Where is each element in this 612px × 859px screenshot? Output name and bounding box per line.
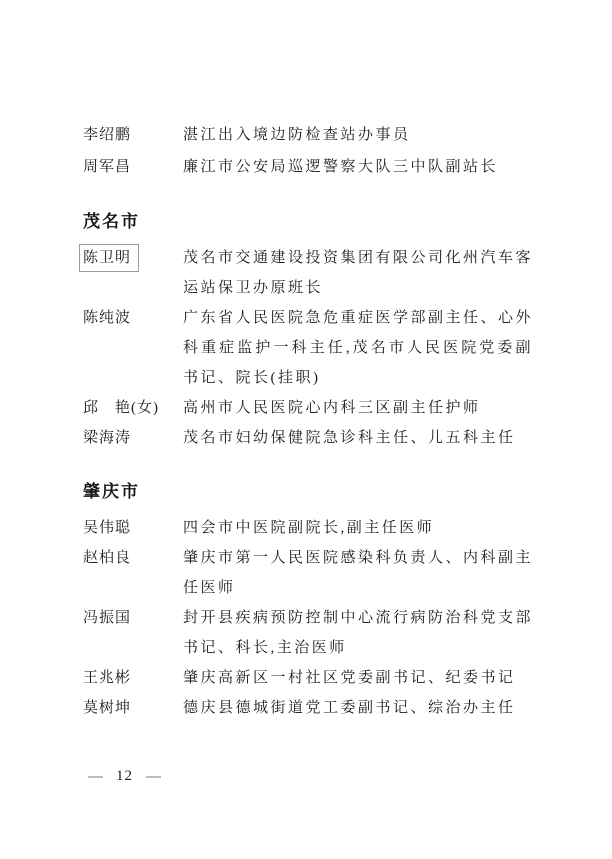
section-header-maoming: 茂名市	[83, 210, 535, 234]
person-title: 茂名市交通建设投资集团有限公司化州汽车客运站保卫办原班长	[183, 243, 533, 303]
person-title: 高州市人民医院心内科三区副主任护师	[183, 393, 533, 423]
person-name: 邱 艳(女)	[83, 393, 183, 423]
person-entry: 李绍鹏 湛江出入境边防检查站办事员	[83, 119, 535, 151]
person-entry: 王兆彬 肇庆高新区一村社区党委副书记、纪委书记	[83, 663, 535, 693]
person-title: 肇庆高新区一村社区党委副书记、纪委书记	[183, 663, 533, 693]
person-entry: 陈卫明 茂名市交通建设投资集团有限公司化州汽车客运站保卫办原班长	[83, 243, 535, 303]
person-name: 赵柏良	[83, 543, 183, 573]
person-entry: 吴伟聪 四会市中医院副院长,副主任医师	[83, 513, 535, 543]
page-number: 12	[116, 768, 133, 785]
person-name: 王兆彬	[83, 663, 183, 693]
section-maoming: 茂名市 陈卫明 茂名市交通建设投资集团有限公司化州汽车客运站保卫办原班长 陈纯波…	[83, 210, 535, 453]
person-entry: 周军昌 廉江市公安局巡逻警察大队三中队副站长	[83, 151, 535, 183]
person-title: 封开县疾病预防控制中心流行病防治科党支部书记、科长,主治医师	[183, 603, 533, 663]
document-page: 李绍鹏 湛江出入境边防检查站办事员 周军昌 廉江市公安局巡逻警察大队三中队副站长…	[0, 0, 612, 859]
page-footer: — 12 —	[88, 768, 161, 785]
person-title: 德庆县德城街道党工委副书记、综治办主任	[183, 693, 533, 723]
person-title: 肇庆市第一人民医院感染科负责人、内科副主任医师	[183, 543, 533, 603]
person-name: 陈纯波	[83, 303, 183, 333]
person-title: 湛江出入境边防检查站办事员	[183, 119, 533, 151]
person-name: 李绍鹏	[83, 119, 183, 151]
person-entry: 赵柏良 肇庆市第一人民医院感染科负责人、内科副主任医师	[83, 543, 535, 603]
person-title: 四会市中医院副院长,副主任医师	[183, 513, 533, 543]
footer-dash-left: —	[88, 768, 103, 785]
person-name: 周军昌	[83, 151, 183, 183]
person-name: 冯振国	[83, 603, 183, 633]
person-entry: 莫树坤 德庆县德城街道党工委副书记、综治办主任	[83, 693, 535, 723]
person-entry: 梁海涛 茂名市妇幼保健院急诊科主任、儿五科主任	[83, 423, 535, 453]
person-name: 陈卫明	[83, 243, 183, 273]
name-highlight-box: 陈卫明	[79, 244, 139, 272]
person-name: 梁海涛	[83, 423, 183, 453]
person-title: 廉江市公安局巡逻警察大队三中队副站长	[183, 151, 533, 183]
person-entry: 邱 艳(女) 高州市人民医院心内科三区副主任护师	[83, 393, 535, 423]
section-header-zhaoqing: 肇庆市	[83, 480, 535, 504]
person-title: 广东省人民医院急危重症医学部副主任、心外科重症监护一科主任,茂名市人民医院党委副…	[183, 303, 533, 393]
person-name: 莫树坤	[83, 693, 183, 723]
person-entry: 冯振国 封开县疾病预防控制中心流行病防治科党支部书记、科长,主治医师	[83, 603, 535, 663]
section-zhanjiang-continued: 李绍鹏 湛江出入境边防检查站办事员 周军昌 廉江市公安局巡逻警察大队三中队副站长	[83, 119, 535, 183]
footer-dash-right: —	[146, 768, 161, 785]
section-zhaoqing: 肇庆市 吴伟聪 四会市中医院副院长,副主任医师 赵柏良 肇庆市第一人民医院感染科…	[83, 480, 535, 723]
person-entry: 陈纯波 广东省人民医院急危重症医学部副主任、心外科重症监护一科主任,茂名市人民医…	[83, 303, 535, 393]
person-name: 吴伟聪	[83, 513, 183, 543]
document-content: 李绍鹏 湛江出入境边防检查站办事员 周军昌 廉江市公安局巡逻警察大队三中队副站长…	[83, 119, 535, 723]
person-title: 茂名市妇幼保健院急诊科主任、儿五科主任	[183, 423, 533, 453]
